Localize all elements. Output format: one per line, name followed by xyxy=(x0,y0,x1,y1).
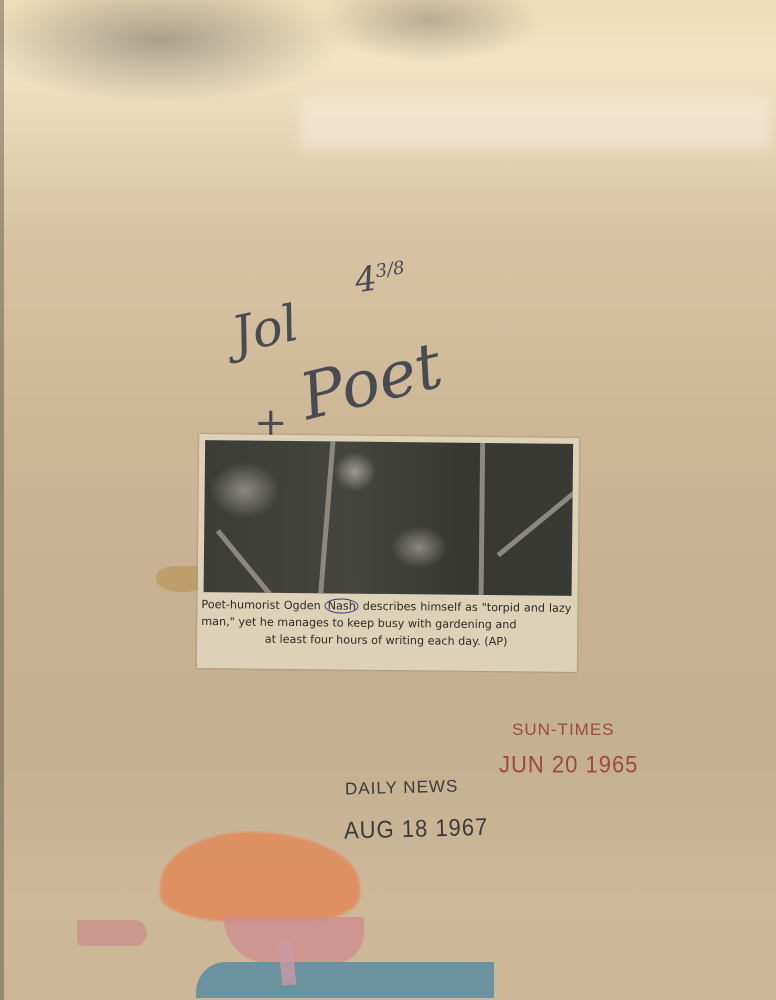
plant-stem xyxy=(479,443,486,595)
caption-text: describes himself as "torpid and xyxy=(359,600,545,615)
size-note-fraction: 3/8 xyxy=(374,257,406,282)
newspaper-clipping: Poet-humorist Ogden Nash describes himse… xyxy=(197,434,579,672)
circled-name: Nash xyxy=(325,598,359,613)
plant-stem xyxy=(216,529,277,596)
daily-news-stamp-name: DAILY NEWS xyxy=(345,777,459,800)
daily-news-stamp-date: AUG 18 1967 xyxy=(344,813,489,845)
caption-text: Poet-humorist Ogden xyxy=(201,598,324,612)
handwritten-size-note: 43/8 xyxy=(352,255,408,302)
clipping-photo xyxy=(204,440,574,596)
clipping-caption: Poet-humorist Ogden Nash describes himse… xyxy=(201,596,572,651)
blue-paper-residue xyxy=(196,962,494,998)
pink-paper-residue xyxy=(224,917,364,963)
sun-times-stamp-date: JUN 20 1965 xyxy=(499,751,638,780)
caption-text: at least four hours of writing each day.… xyxy=(201,630,571,651)
pink-paper-residue xyxy=(77,920,147,946)
plant-stem xyxy=(318,441,335,593)
plant-stem xyxy=(497,490,574,557)
sun-times-stamp-name: SUN-TIMES xyxy=(512,720,615,740)
